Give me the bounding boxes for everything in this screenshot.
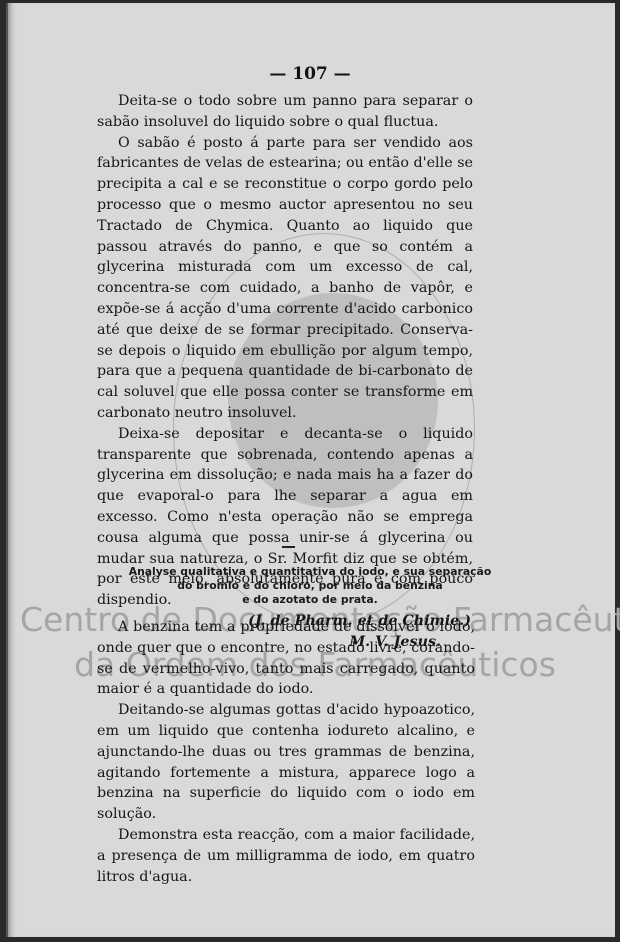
paragraph: Deita-se o todo sobre um panno para sepa… xyxy=(97,91,473,133)
section2-heading: Analyse qualitativa e quantitativa do io… xyxy=(70,565,550,608)
paragraph: Deitando-se algumas gottas d'acido hypoa… xyxy=(97,700,475,825)
page-number: — 107 — xyxy=(0,64,620,84)
heading-line: e do azotato de prata. xyxy=(70,593,550,607)
paragraph: O sabão é posto á parte para ser vendido… xyxy=(97,133,473,424)
section2-body: A benzina tem a propriedade de dissolver… xyxy=(97,617,475,887)
heading-line: Analyse qualitativa e quantitativa do io… xyxy=(70,565,550,579)
paragraph: A benzina tem a propriedade de dissolver… xyxy=(97,617,475,700)
paragraph: Demonstra esta reacção, com a maior faci… xyxy=(97,825,475,887)
heading-line: do bromio e do chloro, por meio da benzi… xyxy=(70,579,550,593)
section-divider xyxy=(282,546,295,548)
